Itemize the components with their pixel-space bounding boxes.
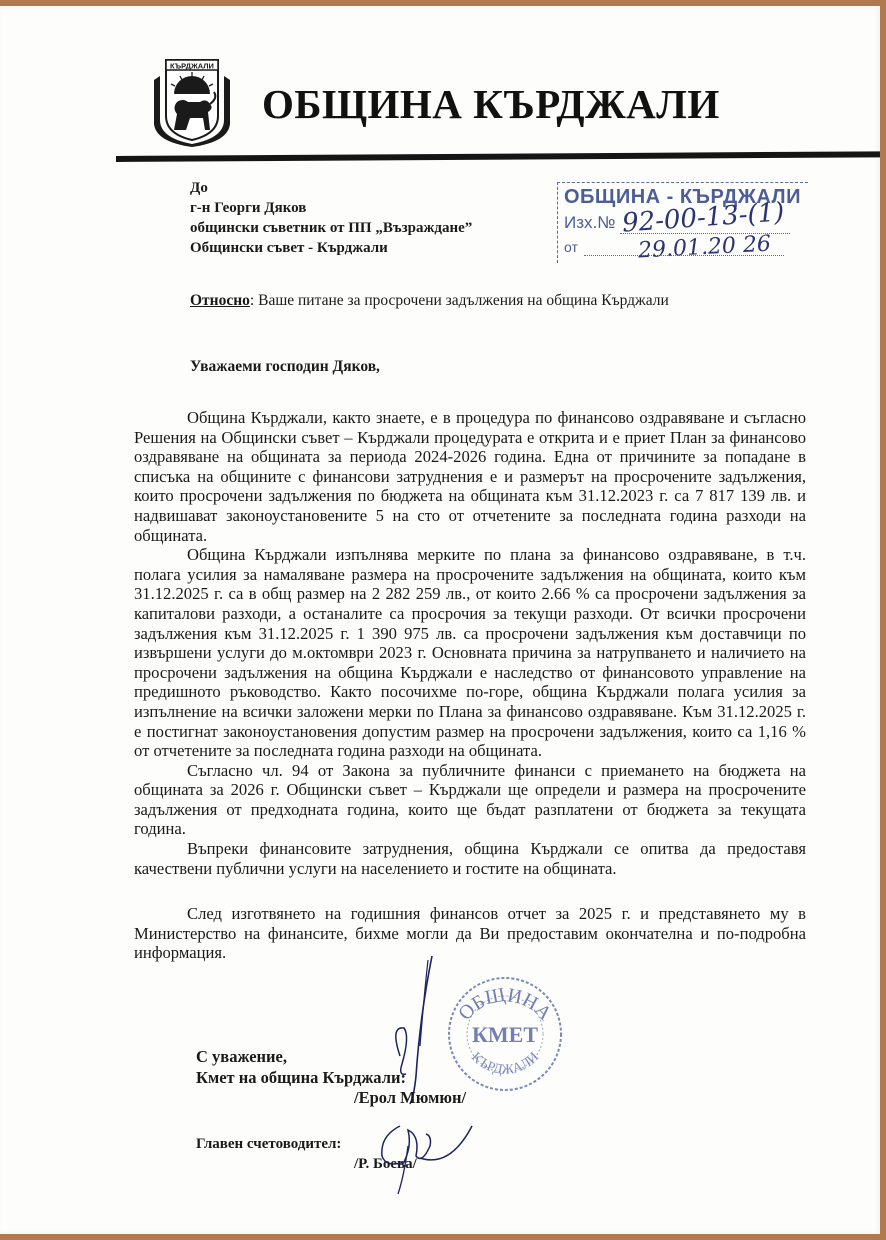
municipality-crest-icon: КЪРДЖАЛИ: [150, 50, 234, 148]
organization-title: ОБЩИНА КЪРДЖАЛИ: [262, 80, 720, 128]
body-paragraph: Община Кърджали, както знаете, е в проце…: [134, 408, 806, 545]
stamp-date-value: 29.01.20 26: [637, 232, 771, 264]
accountant-signature: [360, 1106, 480, 1196]
recipient-to: До: [190, 178, 472, 198]
subject-text: : Ваше питане за просрочени задължения н…: [250, 292, 669, 309]
body-paragraph: Съгласно чл. 94 от Закона за публичните …: [134, 761, 806, 839]
subject-line: Относно: Ваше питане за просрочени задъл…: [190, 292, 669, 310]
body-paragraph: Община Кърджали изпълнява мерките по пла…: [134, 545, 806, 761]
recipient-block: До г-н Георги Дяков общински съветник от…: [190, 178, 472, 258]
mayor-name: /Ерол Мюмюн/: [354, 1088, 466, 1108]
mayor-title: Кмет на община Кърджали:: [196, 1067, 406, 1088]
accountant-title: Главен счетоводител:: [196, 1136, 341, 1153]
recipient-institution: Общински съвет - Кърджали: [190, 238, 472, 258]
closing-block: С уважение, Кмет на община Кърджали:: [196, 1046, 406, 1088]
closing-regards: С уважение,: [196, 1046, 406, 1067]
registry-stamp: ОБЩИНА - КЪРДЖАЛИ Изх.№ 92-00-13-(1) от …: [557, 182, 808, 263]
body-paragraph: След изготвянето на годишния финансов от…: [134, 904, 806, 963]
salutation: Уважаеми господин Дяков,: [190, 358, 380, 376]
svg-text:КЪРДЖАЛИ: КЪРДЖАЛИ: [468, 1050, 542, 1078]
recipient-name: г-н Георги Дяков: [190, 198, 472, 218]
subject-label: Относно: [190, 292, 250, 309]
header-divider: [116, 151, 880, 162]
stamp-date-label: от: [564, 239, 578, 255]
svg-text:КМЕТ: КМЕТ: [472, 1022, 538, 1047]
svg-text:КЪРДЖАЛИ: КЪРДЖАЛИ: [170, 62, 214, 71]
recipient-position: общински съветник от ПП „Възраждане”: [190, 218, 472, 238]
letter-body: Община Кърджали, както знаете, е в проце…: [134, 388, 806, 963]
stamp-number-label: Изх.№: [564, 213, 615, 233]
body-paragraph: Въпреки финансовите затруднения, община …: [134, 839, 806, 878]
document-page: КЪРДЖАЛИ ОБЩИНА КЪРДЖАЛИ До г-н Георги Д…: [0, 6, 880, 1234]
